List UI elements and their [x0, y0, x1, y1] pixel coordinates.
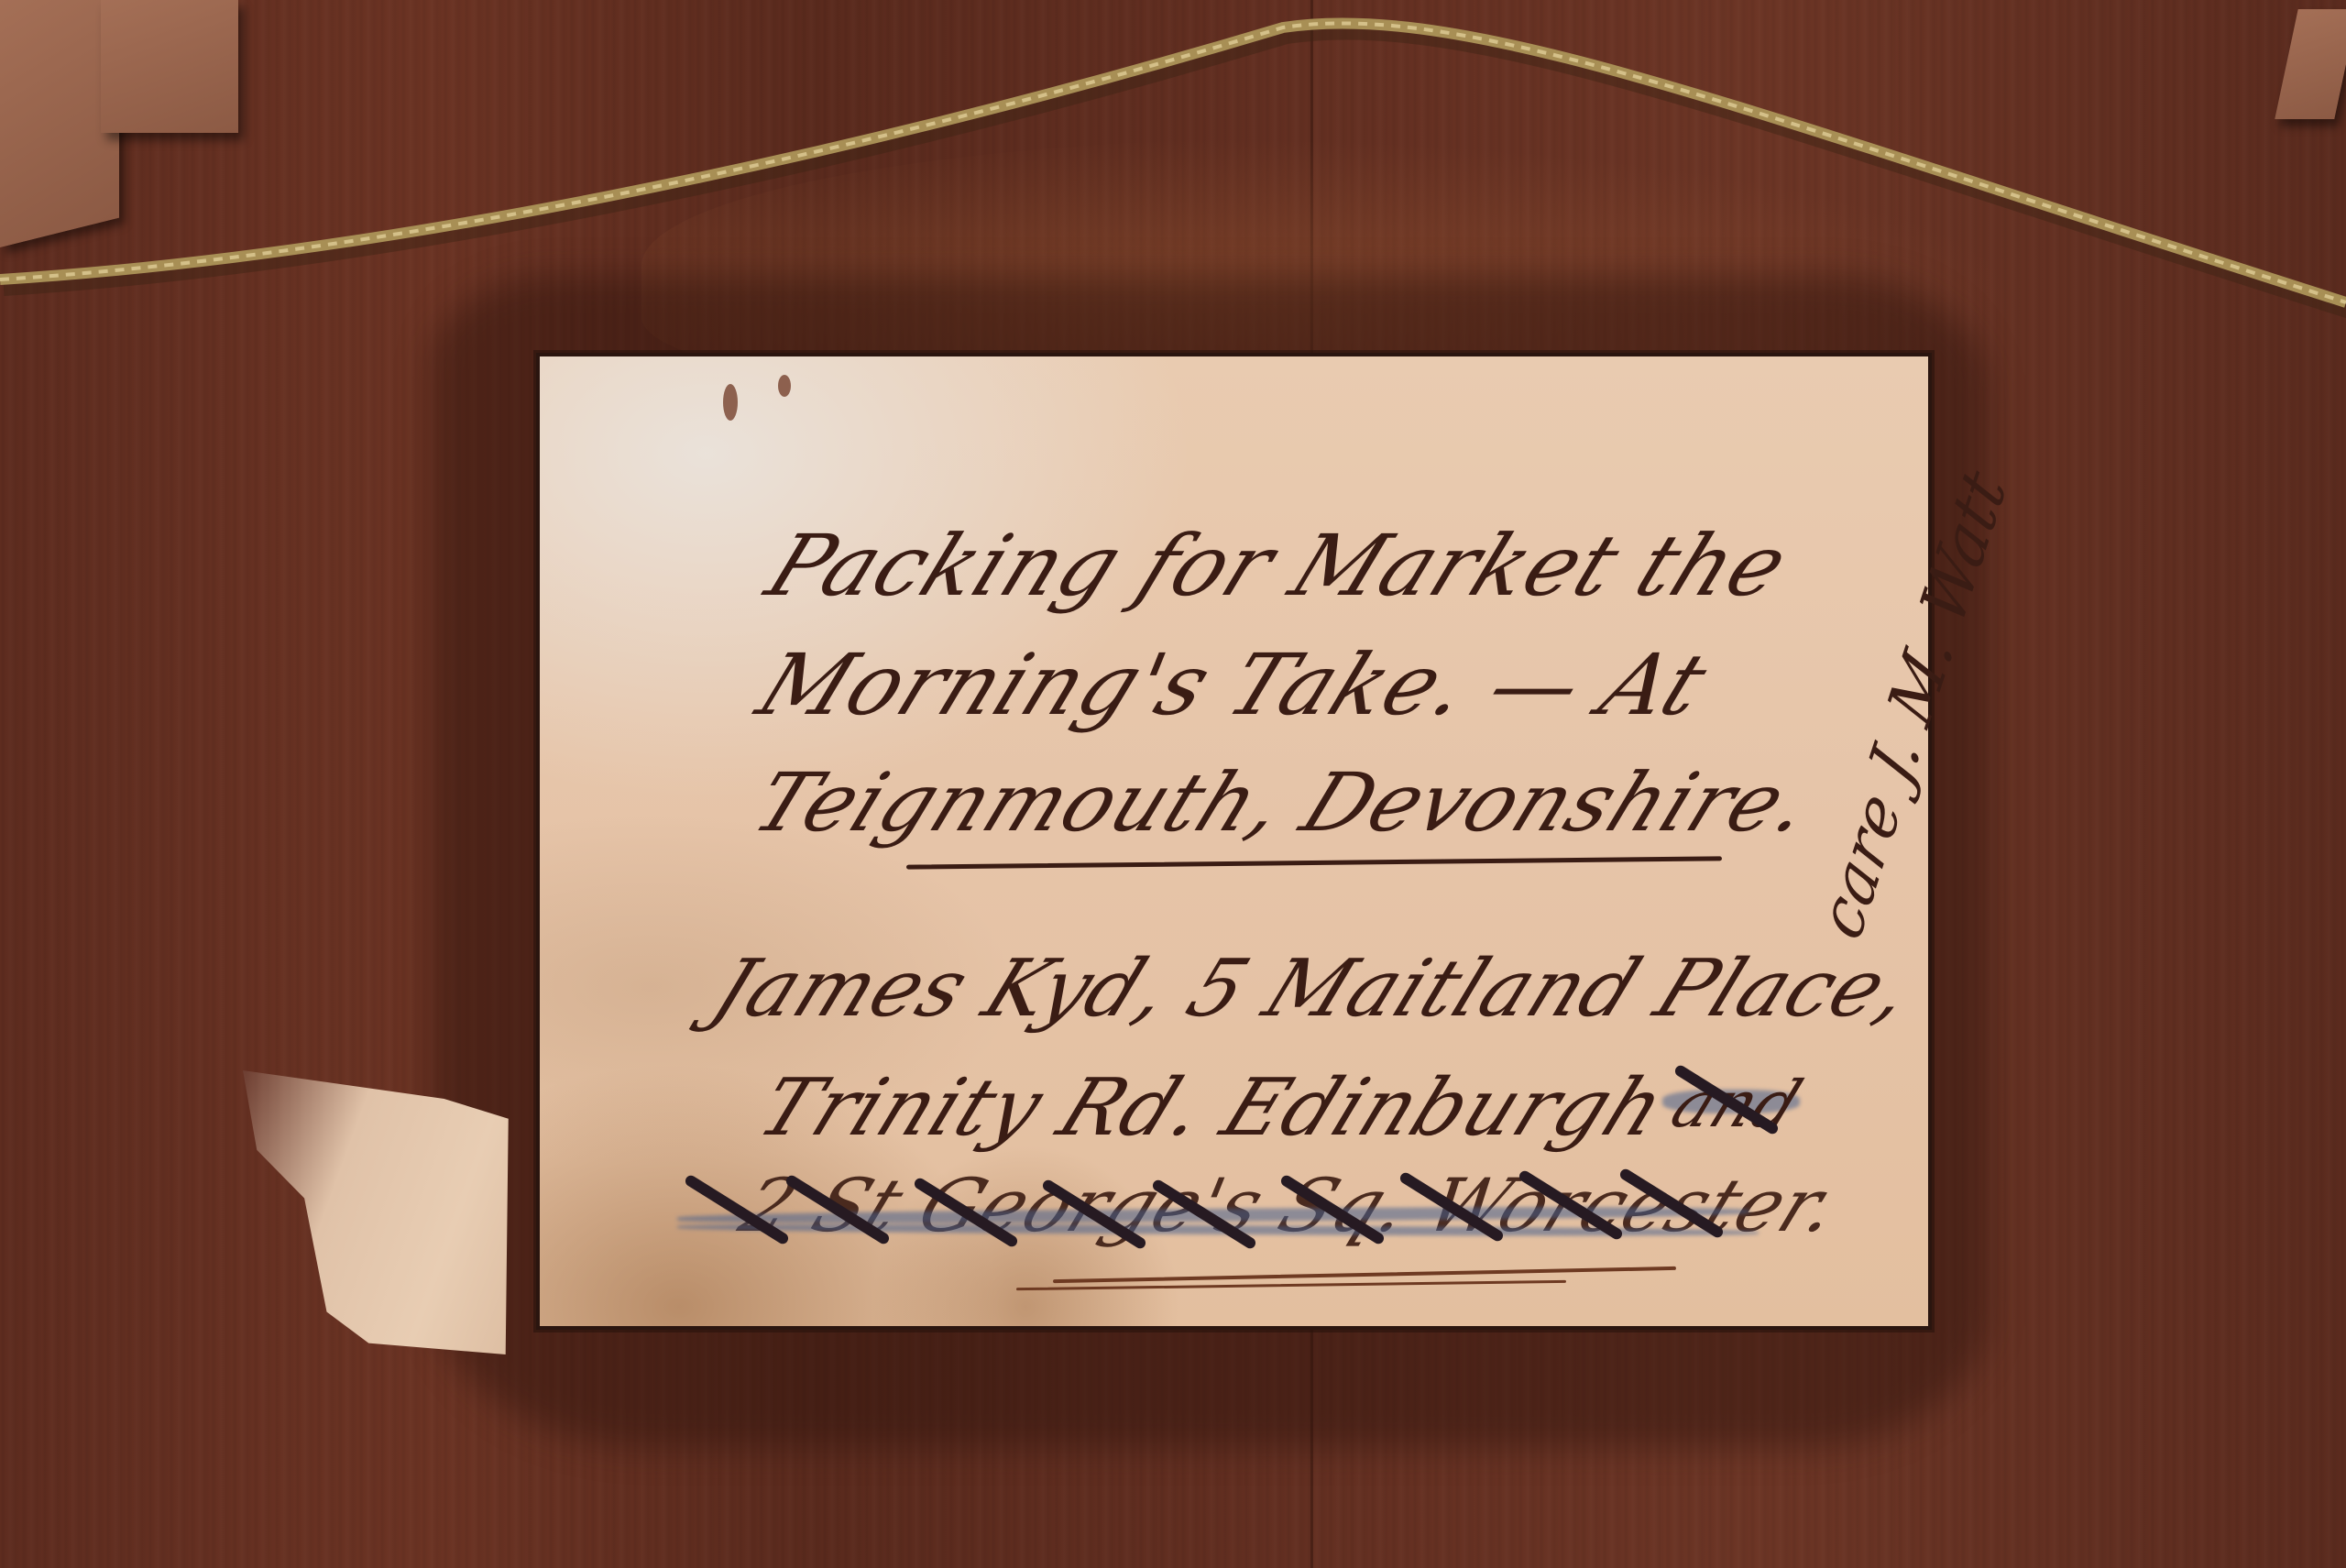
label-title-line-3: Teignmouth, Devonshire.	[740, 755, 1826, 850]
label-address-line-2: Trinity Rd. Edinburgh	[746, 1062, 1679, 1154]
corner-wedge-left-upper	[101, 0, 238, 133]
ink-spot	[723, 384, 738, 421]
label-title-line-1: Packing for Market the	[753, 517, 1803, 615]
label-title-line-2: Morning's Take. — At	[744, 636, 1721, 734]
faint-underline	[1053, 1266, 1676, 1283]
corner-wedge-right	[2275, 9, 2346, 119]
torn-paper-fragment	[243, 1070, 522, 1354]
wooden-backboard: Packing for Market the Morning's Take. —…	[0, 0, 2346, 1568]
label-address-line-1: James Kyd, 5 Maitland Place,	[700, 943, 1926, 1035]
title-underline	[906, 856, 1722, 869]
handwritten-label: Packing for Market the Morning's Take. —…	[536, 353, 1932, 1330]
ink-spot	[778, 375, 791, 397]
